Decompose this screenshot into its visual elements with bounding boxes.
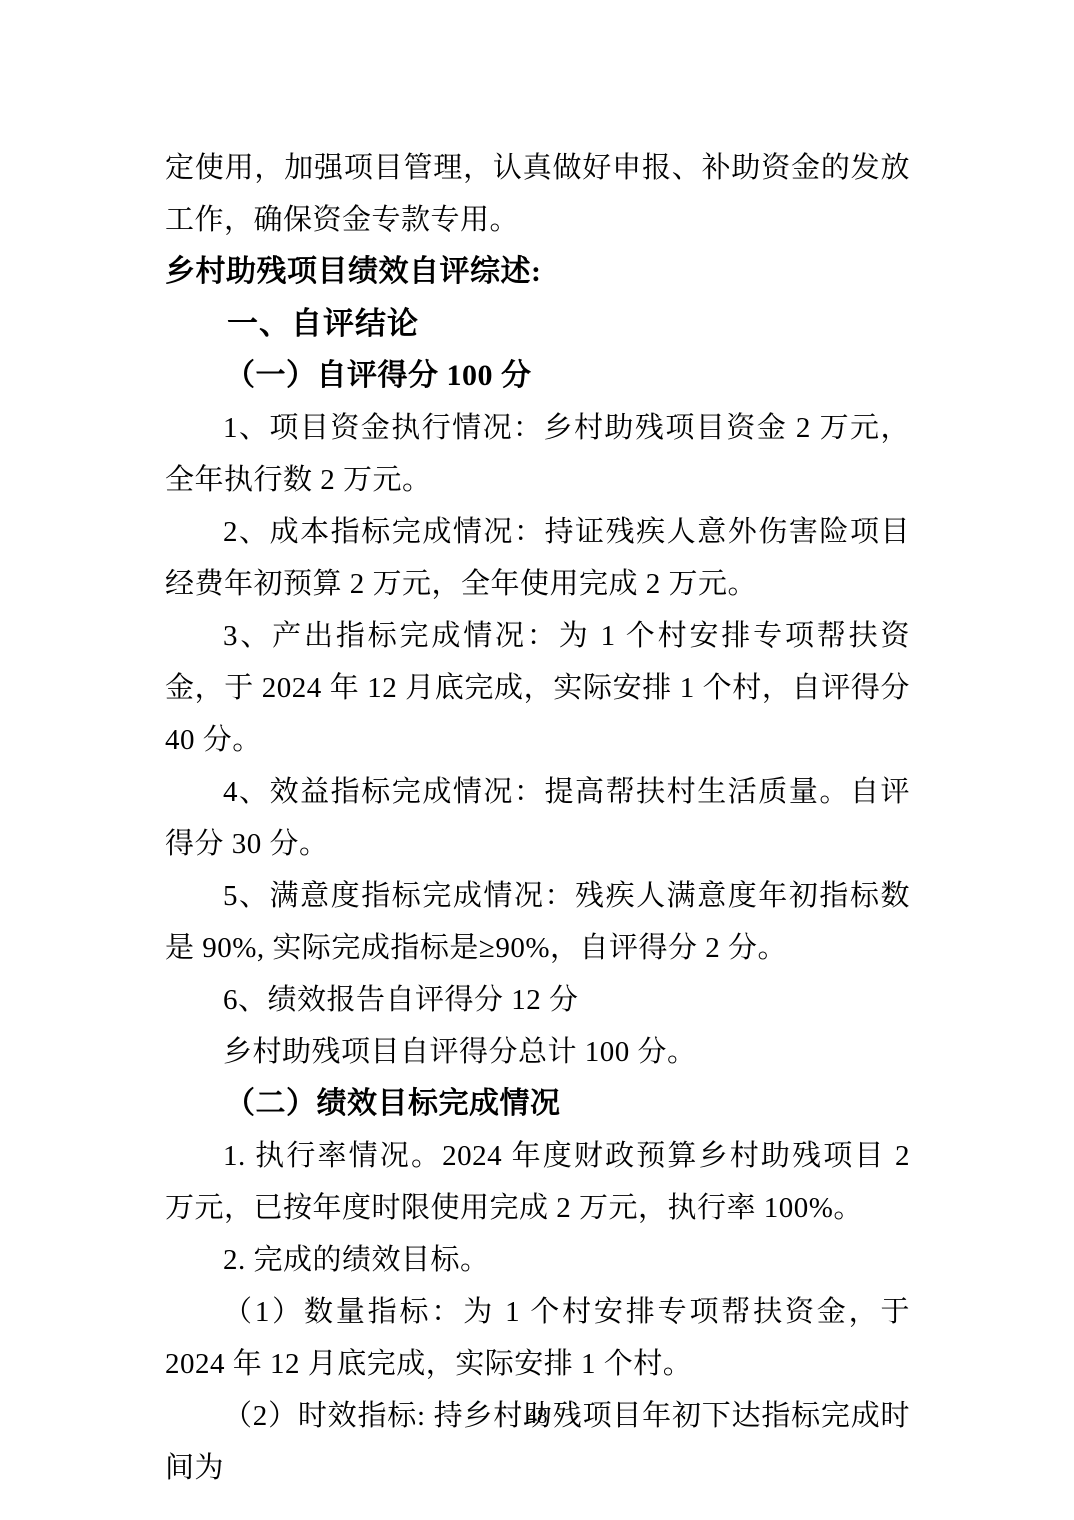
paragraph-item-output-indicator: 3、产出指标完成情况：为 1 个村安排专项帮扶资金，于 2024 年 12 月底…	[165, 610, 910, 766]
paragraph-item-cost-indicator: 2、成本指标完成情况：持证残疾人意外伤害险项目经费年初预算 2 万元，全年使用完…	[165, 506, 910, 610]
paragraph-item-performance-report-score: 6、绩效报告自评得分 12 分	[165, 974, 910, 1026]
paragraph-item-satisfaction-indicator: 5、满意度指标完成情况：残疾人满意度年初指标数是 90%, 实际完成指标是≥90…	[165, 870, 910, 974]
paragraph-quantity-indicator: （1）数量指标：为 1 个村安排专项帮扶资金，于 2024 年 12 月底完成，…	[165, 1286, 910, 1390]
page-body-text: 定使用，加强项目管理，认真做好申报、补助资金的发放工作，确保资金专款专用。 乡村…	[165, 142, 910, 1494]
summary-title: 乡村助残项目绩效自评综述:	[165, 246, 910, 298]
paragraph-continuation: 定使用，加强项目管理，认真做好申报、补助资金的发放工作，确保资金专款专用。	[165, 142, 910, 246]
paragraph-item-fund-execution: 1、项目资金执行情况：乡村助残项目资金 2 万元，全年执行数 2 万元。	[165, 402, 910, 506]
paragraph-completed-targets: 2. 完成的绩效目标。	[165, 1234, 910, 1286]
page-number: 48	[0, 1402, 1074, 1430]
document-page: 定使用，加强项目管理，认真做好申报、补助资金的发放工作，确保资金专款专用。 乡村…	[0, 0, 1074, 1520]
subheading-self-evaluation-score: （一）自评得分 100 分	[165, 350, 910, 402]
paragraph-item-benefit-indicator: 4、效益指标完成情况：提高帮扶村生活质量。自评得分 30 分。	[165, 766, 910, 870]
paragraph-total-score: 乡村助残项目自评得分总计 100 分。	[165, 1026, 910, 1078]
subheading-performance-target-completion: （二）绩效目标完成情况	[165, 1078, 910, 1130]
paragraph-execution-rate: 1. 执行率情况。2024 年度财政预算乡村助残项目 2 万元，已按年度时限使用…	[165, 1130, 910, 1234]
heading-self-evaluation-conclusion: 一、自评结论	[165, 298, 910, 350]
